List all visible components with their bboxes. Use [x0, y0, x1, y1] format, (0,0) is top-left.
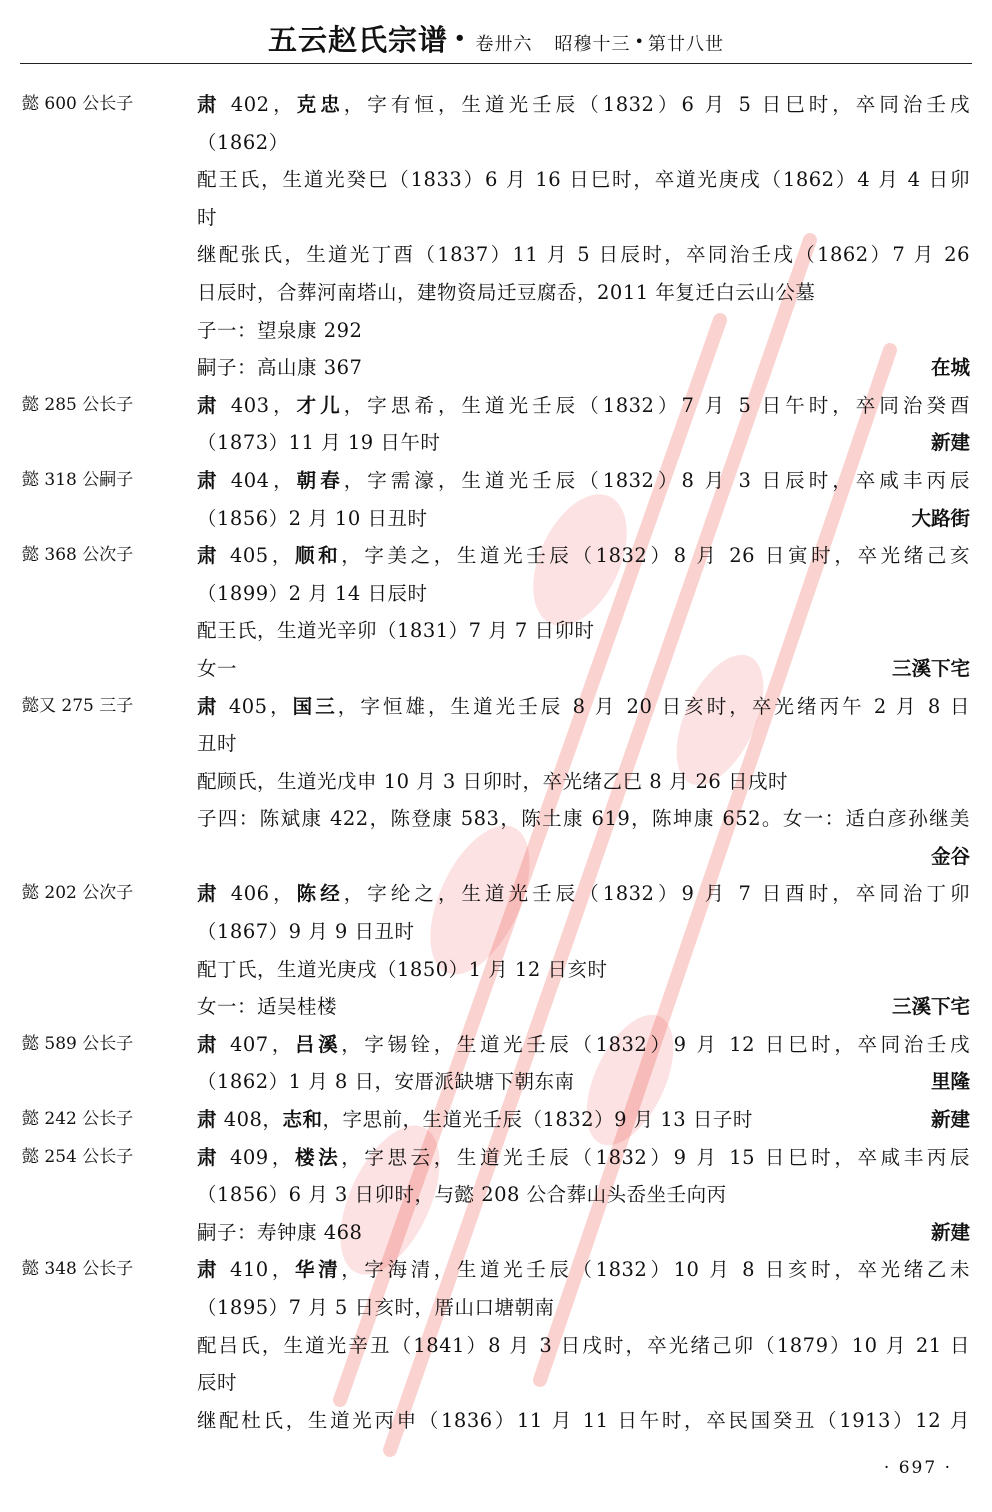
generation-char: 肃 [197, 695, 220, 718]
record-detail: 女一 [197, 650, 862, 688]
genealogy-entry: 懿 285 公长子肃 403，才儿，字思希，生道光壬辰（1832）7 月 5 日… [0, 387, 992, 462]
record-detail: 配王氏，生道光辛卯（1831）7 月 7 日卯时 [197, 612, 970, 650]
volume-label: 卷卅六 [476, 34, 533, 55]
record-detail: 配顾氏，生道光戊申 10 月 3 日卯时，卒光绪乙巳 8 月 26 日戌时 [197, 763, 970, 801]
given-name: 华清 [295, 1258, 341, 1281]
given-name: 楼法 [295, 1146, 341, 1169]
entry-line: （1862） [0, 124, 992, 162]
person-record: 肃 407，吕溪，字锡铨，生道光壬辰（1832）9 月 12 日巳时，卒同治壬戌 [197, 1026, 970, 1064]
entry-line: 时 [0, 199, 992, 237]
genealogy-entry: 懿 348 公长子肃 410，华清，字海清，生道光壬辰（1832）10 月 8 … [0, 1251, 992, 1439]
generation-char: 肃 [197, 882, 221, 905]
entry-line: 配丁氏，生道光庚戌（1850）1 月 12 日亥时 [0, 951, 992, 989]
genealogy-entry: 懿又 275 三子肃 405，国三，字恒雄，生道光壬辰 8 月 20 日亥时，卒… [0, 688, 992, 876]
record-detail: 继配张氏，生道光丁酉（1837）11 月 5 日辰时，卒同治壬戌（1862）7 … [197, 236, 970, 274]
person-record: 肃 402，克忠，字有恒，生道光壬辰（1832）6 月 5 日巳时，卒同治壬戌 [197, 86, 970, 124]
genealogy-entry: 懿 242 公长子肃 408，志和，字思前，生道光壬辰（1832）9 月 13 … [0, 1101, 992, 1139]
residence-place: 里隆 [931, 1063, 970, 1101]
record-detail: （1856）6 月 3 日卯时，与懿 208 公合葬山头岙坐壬向丙 [197, 1176, 970, 1214]
person-record: 肃 404，朝春，字需濠，生道光壬辰（1832）8 月 3 日辰时，卒咸丰丙辰 [197, 462, 970, 500]
entry-line: （1895）7 月 5 日亥时，厝山口塘朝南 [0, 1289, 992, 1327]
residence-place: 三溪下宅 [892, 988, 970, 1026]
generation-char: 肃 [197, 1108, 217, 1131]
entry-line: 懿 285 公长子肃 403，才儿，字思希，生道光壬辰（1832）7 月 5 日… [0, 387, 992, 425]
person-record: 肃 410，华清，字海清，生道光壬辰（1832）10 月 8 日亥时，卒光绪乙未 [197, 1251, 970, 1289]
generation-char: 肃 [197, 544, 220, 567]
parent-reference: 懿 242 公长子 [22, 1101, 133, 1139]
page-number: · 697 · [884, 1458, 952, 1478]
entry-line: 子一：望泉康 292 [0, 312, 992, 350]
parent-reference: 懿 318 公嗣子 [22, 462, 133, 500]
person-record: 肃 405，顺和，字美之，生道光壬辰（1832）8 月 26 日寅时，卒光绪己亥 [197, 537, 970, 575]
entry-line: 懿又 275 三子肃 405，国三，字恒雄，生道光壬辰 8 月 20 日亥时，卒… [0, 688, 992, 726]
entry-line: 配顾氏，生道光戊申 10 月 3 日卯时，卒光绪乙巳 8 月 26 日戌时 [0, 763, 992, 801]
record-detail: （1899）2 月 14 日辰时 [197, 575, 970, 613]
person-record: 肃 408，志和，字思前，生道光壬辰（1832）9 月 13 日子时 [197, 1101, 862, 1139]
record-detail: 嗣子：高山康 367 [197, 349, 862, 387]
parent-reference: 懿 348 公长子 [22, 1251, 133, 1289]
genealogy-entry: 懿 600 公长子肃 402，克忠，字有恒，生道光壬辰（1832）6 月 5 日… [0, 86, 992, 387]
entry-line: 辰时 [0, 1364, 992, 1402]
record-detail: 配王氏，生道光癸巳（1833）6 月 16 日巳时，卒道光庚戌（1862）4 月… [197, 161, 970, 199]
record-detail: 配吕氏，生道光辛丑（1841）8 月 3 日戌时，卒光绪己卯（1879）10 月… [197, 1327, 970, 1365]
entry-line: 日辰时，合葬河南塔山，建物资局迁豆腐岙，2011 年复迁白云山公墓 [0, 274, 992, 312]
residence-place: 在城 [931, 349, 970, 387]
entry-line: （1862）1 月 8 日，安厝派缺塘下朝东南里隆 [0, 1063, 992, 1101]
entry-line: 懿 348 公长子肃 410，华清，字海清，生道光壬辰（1832）10 月 8 … [0, 1251, 992, 1289]
record-detail: 丑时 [197, 725, 970, 763]
header-rule [20, 63, 972, 64]
entry-line: 懿 318 公嗣子肃 404，朝春，字需濠，生道光壬辰（1832）8 月 3 日… [0, 462, 992, 500]
residence-place: 新建 [931, 424, 970, 462]
entry-line: 懿 600 公长子肃 402，克忠，字有恒，生道光壬辰（1832）6 月 5 日… [0, 86, 992, 124]
entry-line: 配吕氏，生道光辛丑（1841）8 月 3 日戌时，卒光绪己卯（1879）10 月… [0, 1327, 992, 1365]
record-detail: （1862）1 月 8 日，安厝派缺塘下朝东南 [197, 1063, 862, 1101]
parent-reference: 懿 285 公长子 [22, 387, 133, 425]
entry-line: 配王氏，生道光辛卯（1831）7 月 7 日卯时 [0, 612, 992, 650]
separator-dot: • [635, 32, 644, 51]
entry-line: 懿 242 公长子肃 408，志和，字思前，生道光壬辰（1832）9 月 13 … [0, 1101, 992, 1139]
entry-line: 懿 202 公次子肃 406，陈经，字纶之，生道光壬辰（1832）9 月 7 日… [0, 875, 992, 913]
generation-char: 肃 [197, 1146, 220, 1169]
record-detail: 嗣子：寿钟康 468 [197, 1214, 862, 1252]
record-detail: 辰时 [197, 1364, 970, 1402]
entry-line: 嗣子：寿钟康 468新建 [0, 1214, 992, 1252]
parent-reference: 懿又 275 三子 [22, 688, 133, 726]
record-detail: 配丁氏，生道光庚戌（1850）1 月 12 日亥时 [197, 951, 970, 989]
generation-char: 肃 [197, 1258, 220, 1281]
parent-reference: 懿 589 公长子 [22, 1026, 133, 1064]
separator-dot: • [454, 28, 466, 49]
genealogy-entry: 懿 202 公次子肃 406，陈经，字纶之，生道光壬辰（1832）9 月 7 日… [0, 875, 992, 1025]
entry-line: （1856）2 月 10 日丑时大路街 [0, 500, 992, 538]
entry-line: 配王氏，生道光癸巳（1833）6 月 16 日巳时，卒道光庚戌（1862）4 月… [0, 161, 992, 199]
running-header: 五云赵氏宗谱•卷卅六昭穆十三•第廿八世 [0, 18, 992, 59]
record-detail: （1862） [197, 124, 970, 162]
genealogy-entry: 懿 318 公嗣子肃 404，朝春，字需濠，生道光壬辰（1832）8 月 3 日… [0, 462, 992, 537]
record-detail: （1873）11 月 19 日午时 [197, 424, 862, 462]
generation-char: 肃 [197, 394, 221, 417]
record-detail: 子四：陈斌康 422，陈登康 583，陈土康 619，陈坤康 652。女一：适白… [197, 800, 970, 838]
person-record: 肃 405，国三，字恒雄，生道光壬辰 8 月 20 日亥时，卒光绪丙午 2 月 … [197, 688, 970, 726]
genealogy-entries: 懿 600 公长子肃 402，克忠，字有恒，生道光壬辰（1832）6 月 5 日… [0, 86, 992, 1439]
record-detail: （1867）9 月 9 日丑时 [197, 913, 970, 951]
parent-reference: 懿 368 公次子 [22, 537, 133, 575]
generation-char: 肃 [197, 469, 221, 492]
genealogy-entry: 懿 368 公次子肃 405，顺和，字美之，生道光壬辰（1832）8 月 26 … [0, 537, 992, 687]
given-name: 克忠 [297, 93, 344, 116]
given-name: 才儿 [297, 394, 344, 417]
given-name: 顺和 [295, 544, 341, 567]
given-name: 陈经 [297, 882, 344, 905]
generation-char: 肃 [197, 93, 221, 116]
entry-line: （1873）11 月 19 日午时新建 [0, 424, 992, 462]
entry-line: 女一三溪下宅 [0, 650, 992, 688]
given-name: 吕溪 [295, 1033, 341, 1056]
given-name: 志和 [282, 1108, 322, 1131]
residence-place: 三溪下宅 [892, 650, 970, 688]
record-detail: 时 [197, 199, 970, 237]
parent-reference: 懿 254 公长子 [22, 1139, 133, 1177]
residence-place: 大路街 [911, 500, 970, 538]
residence-place: 金谷 [931, 838, 970, 876]
given-name: 朝春 [297, 469, 344, 492]
entry-line: （1856）6 月 3 日卯时，与懿 208 公合葬山头岙坐壬向丙 [0, 1176, 992, 1214]
entry-line: 子四：陈斌康 422，陈登康 583，陈土康 619，陈坤康 652。女一：适白… [0, 800, 992, 838]
entry-line: （1899）2 月 14 日辰时 [0, 575, 992, 613]
section-label: 昭穆十三 [555, 34, 631, 55]
entry-line: 女一：适吴桂楼三溪下宅 [0, 988, 992, 1026]
genealogy-entry: 懿 254 公长子肃 409，楼法，字思云，生道光壬辰（1832）9 月 15 … [0, 1139, 992, 1252]
genealogy-entry: 懿 589 公长子肃 407，吕溪，字锡铨，生道光壬辰（1832）9 月 12 … [0, 1026, 992, 1101]
parent-reference: 懿 600 公长子 [22, 86, 133, 124]
record-detail: （1856）2 月 10 日丑时 [197, 500, 862, 538]
entry-line: 懿 589 公长子肃 407，吕溪，字锡铨，生道光壬辰（1832）9 月 12 … [0, 1026, 992, 1064]
entry-line: 懿 368 公次子肃 405，顺和，字美之，生道光壬辰（1832）8 月 26 … [0, 537, 992, 575]
parent-reference: 懿 202 公次子 [22, 875, 133, 913]
record-detail: 子一：望泉康 292 [197, 312, 970, 350]
residence-place: 新建 [931, 1101, 970, 1139]
entry-line: 懿 254 公长子肃 409，楼法，字思云，生道光壬辰（1832）9 月 15 … [0, 1139, 992, 1177]
person-record: 肃 406，陈经，字纶之，生道光壬辰（1832）9 月 7 日酉时，卒同治丁卯 [197, 875, 970, 913]
record-detail: （1895）7 月 5 日亥时，厝山口塘朝南 [197, 1289, 970, 1327]
person-record: 肃 409，楼法，字思云，生道光壬辰（1832）9 月 15 日巳时，卒咸丰丙辰 [197, 1139, 970, 1177]
record-detail: 继配杜氏，生道光丙申（1836）11 月 11 日午时，卒民国癸丑（1913）1… [197, 1402, 970, 1440]
person-record: 肃 403，才儿，字思希，生道光壬辰（1832）7 月 5 日午时，卒同治癸酉 [197, 387, 970, 425]
record-detail: 女一：适吴桂楼 [197, 988, 862, 1026]
book-title: 五云赵氏宗谱 [268, 23, 448, 57]
generation-char: 肃 [197, 1033, 220, 1056]
entry-line: 嗣子：高山康 367在城 [0, 349, 992, 387]
entry-line: 丑时 [0, 725, 992, 763]
given-name: 国三 [293, 695, 338, 718]
entry-line: （1867）9 月 9 日丑时 [0, 913, 992, 951]
entry-line: 继配杜氏，生道光丙申（1836）11 月 11 日午时，卒民国癸丑（1913）1… [0, 1402, 992, 1440]
entry-line: 金谷 [0, 838, 992, 876]
generation-label: 第廿八世 [648, 34, 724, 55]
record-detail: 日辰时，合葬河南塔山，建物资局迁豆腐岙，2011 年复迁白云山公墓 [197, 274, 970, 312]
residence-place: 新建 [931, 1214, 970, 1252]
entry-line: 继配张氏，生道光丁酉（1837）11 月 5 日辰时，卒同治壬戌（1862）7 … [0, 236, 992, 274]
